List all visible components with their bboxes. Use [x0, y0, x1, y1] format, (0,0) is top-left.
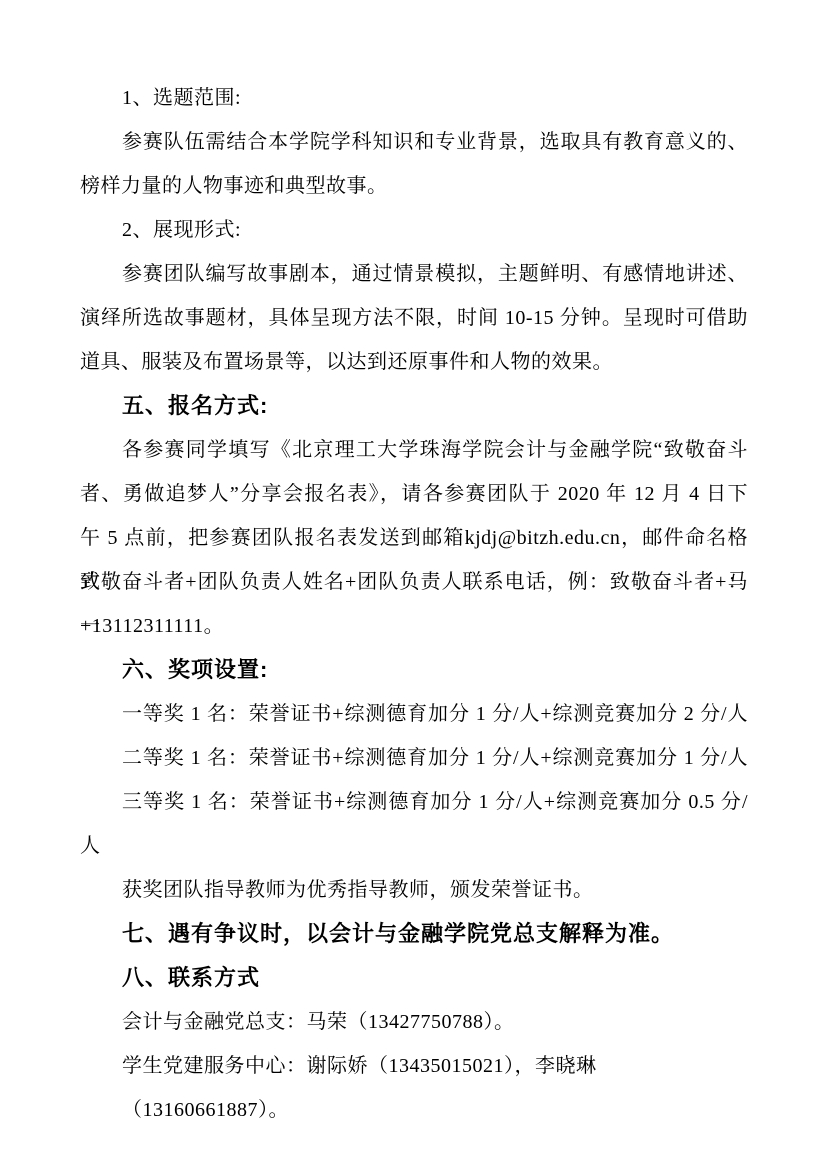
document-body: 1、选题范围:参赛队伍需结合本学院学科知识和专业背景，选取具有教育意义的、榜样力… — [80, 76, 748, 1088]
section-heading: 五、报名方式: — [80, 384, 748, 428]
text-line: 学生党建服务中心：谢际娇（13435015021），李晓琳（1316066188… — [80, 1044, 748, 1088]
text-line: 午 5 点前，把参赛团队报名表发送到邮箱kjdj@bitzh.edu.cn，邮件… — [80, 516, 748, 560]
text-line: 一等奖 1 名：荣誉证书+综测德育加分 1 分/人+综测竞赛加分 2 分/人 — [80, 692, 748, 736]
text-line: 获奖团队指导教师为优秀指导教师，颁发荣誉证书。 — [80, 868, 748, 912]
text-line: 人 — [80, 824, 748, 868]
text-line: 者、勇做追梦人”分享会报名表》，请各参赛团队于 2020 年 12 月 4 日下 — [80, 472, 748, 516]
section-heading: 八、联系方式 — [80, 956, 748, 1000]
text-line: 演绎所选故事题材，具体呈现方法不限，时间 10-15 分钟。呈现时可借助 — [80, 296, 748, 340]
text-line: +13112311111。 — [80, 604, 748, 648]
text-line: 参赛队伍需结合本学院学科知识和专业背景，选取具有教育意义的、 — [80, 120, 748, 164]
text-line: 榜样力量的人物事迹和典型故事。 — [80, 164, 748, 208]
text-line: 三等奖 1 名：荣誉证书+综测德育加分 1 分/人+综测竞赛加分 0.5 分/ — [80, 780, 748, 824]
section-heading: 七、遇有争议时，以会计与金融学院党总支解释为准。 — [80, 912, 748, 956]
text-line: 会计与金融党总支：马荣（13427750788）。 — [80, 1000, 748, 1044]
document-page: 1、选题范围:参赛队伍需结合本学院学科知识和专业背景，选取具有教育意义的、榜样力… — [0, 0, 827, 1169]
text-line: 二等奖 1 名：荣誉证书+综测德育加分 1 分/人+综测竞赛加分 1 分/人 — [80, 736, 748, 780]
section-heading: 六、奖项设置: — [80, 648, 748, 692]
text-line: 道具、服装及布置场景等，以达到还原事件和人物的效果。 — [80, 340, 748, 384]
text-line: 1、选题范围: — [80, 76, 748, 120]
text-line: 各参赛同学填写《北京理工大学珠海学院会计与金融学院“致敬奋斗 — [80, 428, 748, 472]
text-line: 2、展现形式: — [80, 208, 748, 252]
text-line: 致敬奋斗者+团队负责人姓名+团队负责人联系电话，例：致敬奋斗者+马一 — [80, 560, 748, 604]
text-line: 参赛团队编写故事剧本，通过情景模拟，主题鲜明、有感情地讲述、 — [80, 252, 748, 296]
